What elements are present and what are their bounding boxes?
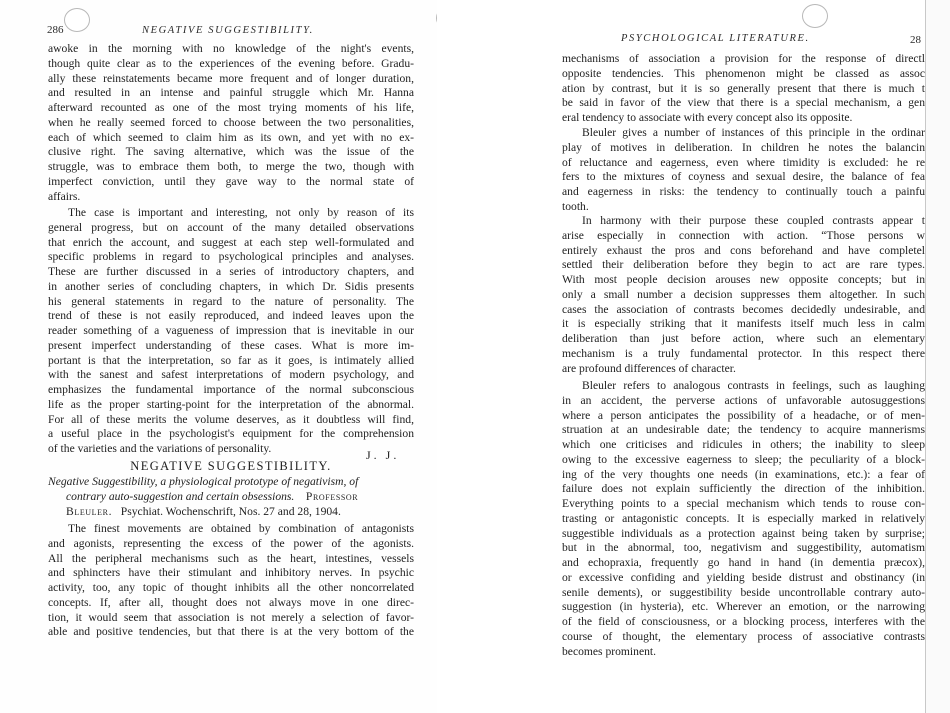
text-line: life as the proper starting-point for th… bbox=[48, 398, 414, 413]
paragraph-2: Bleuler gives a number of instances of t… bbox=[562, 126, 925, 215]
text-line: mechanisms of association a provision fo… bbox=[562, 52, 925, 67]
text-line: of the field of consciousness, or a bloc… bbox=[562, 615, 925, 630]
text-line: afterward recounted as one of the most t… bbox=[48, 101, 414, 116]
text-line: senile dements), or suggestibility besid… bbox=[562, 586, 925, 601]
text-line: and echopraxia, frequently go hand in ha… bbox=[562, 556, 925, 571]
text-line: trasting or antagonistic concepts. It is… bbox=[562, 512, 925, 527]
text-line: and agonists, representing the excess of… bbox=[48, 537, 414, 552]
text-line: it is especially striking that it manife… bbox=[562, 317, 925, 332]
citation-title-line1: Negative Suggestibility, a physiological… bbox=[48, 474, 414, 489]
citation-source-line: Bleuler. Psychiat. Wochenschrift, Nos. 2… bbox=[48, 504, 414, 519]
text-line: opposite tendencies. This phenomenon mig… bbox=[562, 67, 925, 82]
text-line: tooth. bbox=[562, 200, 925, 215]
text-line: each of which seemed to claim him as its… bbox=[48, 131, 414, 146]
paragraph-3: The finest movements are obtained by com… bbox=[48, 522, 414, 640]
text-line: struation at an undesirable date; the te… bbox=[562, 423, 925, 438]
text-line: For all of these merits the volume deser… bbox=[48, 413, 414, 428]
paragraph-4: Bleuler refers to analogous contrasts in… bbox=[562, 379, 925, 659]
text-line: With most people decision arouses new op… bbox=[562, 273, 925, 288]
paragraph-2: The case is important and interesting, n… bbox=[48, 206, 414, 457]
text-line: becomes prominent. bbox=[562, 645, 925, 660]
text-line: specific problems in regard to psycholog… bbox=[48, 250, 414, 265]
text-line: where a person anticipates the possibili… bbox=[562, 409, 925, 424]
section-title: NEGATIVE SUGGESTIBILITY. bbox=[48, 459, 414, 474]
scan-margin bbox=[926, 0, 950, 713]
text-line: activity, too, any topic of thought inhi… bbox=[48, 581, 414, 596]
text-line: and sphincters have their stimulant and … bbox=[48, 566, 414, 581]
citation-title-part2: contrary auto-suggestion and certain obs… bbox=[66, 490, 294, 503]
text-line: The case is important and interesting, n… bbox=[48, 206, 414, 221]
text-line: affairs. bbox=[48, 190, 414, 205]
paragraph-3: In harmony with their purpose these coup… bbox=[562, 214, 925, 376]
text-line: and eagerness in risks: the tendency to … bbox=[562, 185, 925, 200]
running-head: PSYCHOLOGICAL LITERATURE. bbox=[621, 33, 810, 44]
punch-hole-mark bbox=[64, 8, 90, 32]
text-line: owing to the excessive eagerness to slee… bbox=[562, 453, 925, 468]
text-line: cases the association of contrasts becom… bbox=[562, 303, 925, 318]
text-line: or excessive confiding and yielding besi… bbox=[562, 571, 925, 586]
text-line: ing of the very thoughts one needs (in e… bbox=[562, 468, 925, 483]
text-line: though quite clear as to the experiences… bbox=[48, 57, 414, 72]
text-line: In harmony with their purpose these coup… bbox=[562, 214, 925, 229]
text-line: in another series of concluding chapters… bbox=[48, 280, 414, 295]
text-line: struggle, was to embrace them both, to m… bbox=[48, 160, 414, 175]
citation-source: Psychiat. Wochenschrift, Nos. 27 and 28,… bbox=[121, 505, 341, 518]
text-line: ation by contrast, but it is so generall… bbox=[562, 82, 925, 97]
text-line: with the sanest and safest interpretatio… bbox=[48, 368, 414, 383]
paragraph-1: mechanisms of association a provision fo… bbox=[562, 52, 925, 126]
text-line: suggestible individuals as a protection … bbox=[562, 527, 925, 542]
citation: Negative Suggestibility, a physiological… bbox=[48, 474, 414, 519]
text-line: reader something of a vagueness of impre… bbox=[48, 324, 414, 339]
text-line: only a small number a decision suppresse… bbox=[562, 288, 925, 303]
text-line: These are further discussed in a series … bbox=[48, 265, 414, 280]
right-page: PSYCHOLOGICAL LITERATURE. 28 mechanisms … bbox=[437, 0, 927, 713]
text-line: clusive right. The saving alternative, w… bbox=[48, 145, 414, 160]
text-line: that enrich the account, and suggest at … bbox=[48, 236, 414, 251]
text-line: portant is that the interpretation, so f… bbox=[48, 354, 414, 369]
text-line: and resulted in an intense and painful s… bbox=[48, 86, 414, 101]
text-line: play of motives in deliberation. In chil… bbox=[562, 141, 925, 156]
text-line: a useful place in the psychologist's equ… bbox=[48, 427, 414, 442]
text-line: his general statements in regard to the … bbox=[48, 295, 414, 310]
text-line: trend of these is not easily reproduced,… bbox=[48, 309, 414, 324]
text-line: able and positive tendencies, but that t… bbox=[48, 625, 414, 640]
text-line: Everything points to a special mechanism… bbox=[562, 497, 925, 512]
text-line: in an accident, the perverse actions of … bbox=[562, 394, 925, 409]
citation-author: Bleuler. bbox=[66, 505, 112, 518]
text-line: All the peripheral mechanisms such as th… bbox=[48, 552, 414, 567]
text-line: concepts. If, after all, thought does no… bbox=[48, 596, 414, 611]
text-line: of reluctance and eagerness, even where … bbox=[562, 156, 925, 171]
text-line: mechanism is a truly fundamental protect… bbox=[562, 347, 925, 362]
text-line: settled their deliberation before they b… bbox=[562, 258, 925, 273]
text-line: entirely exhaust the pros and cons befor… bbox=[562, 244, 925, 259]
text-line: The finest movements are obtained by com… bbox=[48, 522, 414, 537]
text-line: of the varieties and the variations of p… bbox=[48, 442, 414, 457]
text-line: course of thought, the elementary proces… bbox=[562, 630, 925, 645]
text-line: eral tendency to associate with every co… bbox=[562, 111, 925, 126]
citation-author-title: Professor bbox=[306, 490, 358, 503]
text-line: arise especially in connection with acti… bbox=[562, 229, 925, 244]
paragraph-1: awoke in the morning with no knowledge o… bbox=[48, 42, 414, 204]
text-line: Bleuler refers to analogous contrasts in… bbox=[562, 379, 925, 394]
left-page: 286 NEGATIVE SUGGESTIBILITY. awoke in th… bbox=[0, 0, 437, 713]
running-head: NEGATIVE SUGGESTIBILITY. bbox=[142, 25, 314, 36]
text-line: ally these reinstatements became more fr… bbox=[48, 72, 414, 87]
text-line: failure does not explain sufficiently th… bbox=[562, 482, 925, 497]
text-line: are profound differences of character. bbox=[562, 362, 925, 377]
text-line: which one criticises and ridicules in ot… bbox=[562, 438, 925, 453]
text-line: Bleuler gives a number of instances of t… bbox=[562, 126, 925, 141]
citation-title-line2: contrary auto-suggestion and certain obs… bbox=[48, 489, 414, 504]
text-line: when he really seemed forced to choose b… bbox=[48, 116, 414, 131]
text-line: suggestion (in hysteria), etc. Wherever … bbox=[562, 600, 925, 615]
text-line: present imperfect understanding of these… bbox=[48, 339, 414, 354]
text-line: tion, it would seem that association is … bbox=[48, 611, 414, 626]
text-line: emphasizes the fundamental importance of… bbox=[48, 383, 414, 398]
page-number: 286 bbox=[47, 24, 64, 36]
text-line: imperfect conviction, until they gave wa… bbox=[48, 175, 414, 190]
text-line: awoke in the morning with no knowledge o… bbox=[48, 42, 414, 57]
page-number: 28 bbox=[910, 34, 921, 46]
text-line: general progress, but on account of the … bbox=[48, 221, 414, 236]
text-line: but in the abnormal, too, negativism and… bbox=[562, 541, 925, 556]
book-spread: 286 NEGATIVE SUGGESTIBILITY. awoke in th… bbox=[0, 0, 950, 713]
text-line: deliberation than just before action, wh… bbox=[562, 332, 925, 347]
text-line: fers to the mixtures of coyness and sexu… bbox=[562, 170, 925, 185]
text-line: be said in favor of the view that there … bbox=[562, 96, 925, 111]
punch-hole-mark bbox=[802, 4, 828, 28]
